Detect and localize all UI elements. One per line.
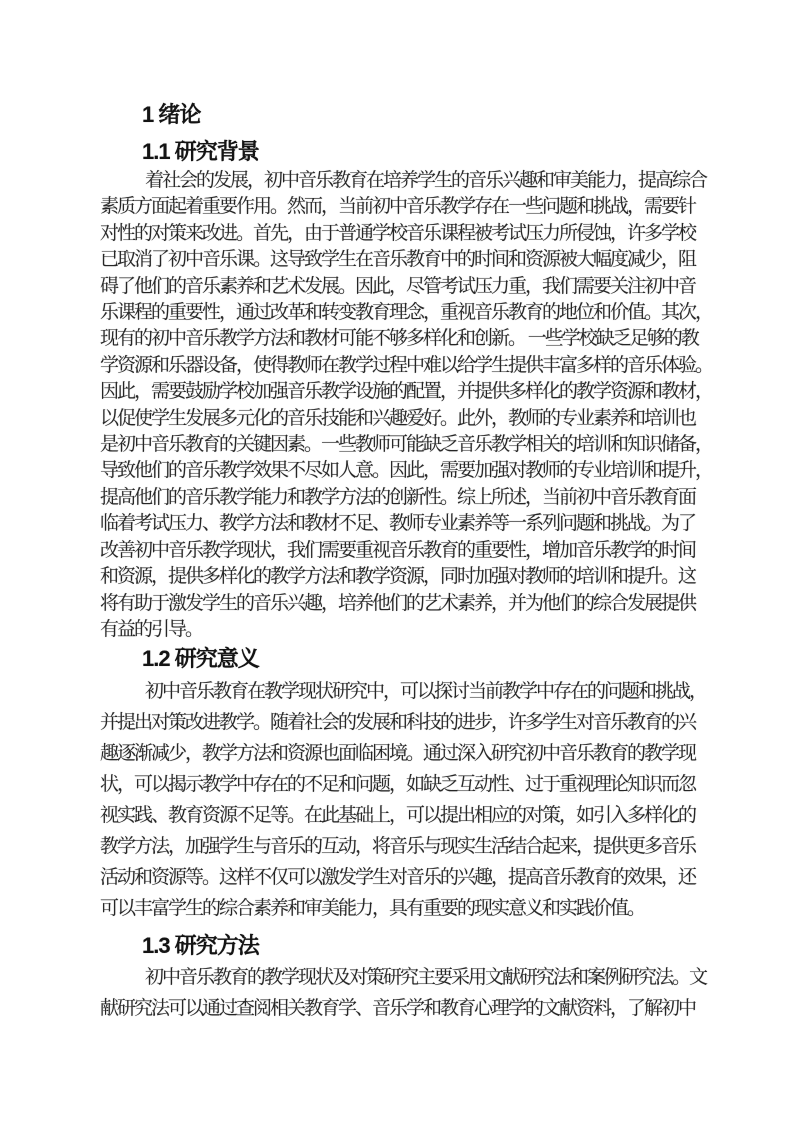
paragraph-research-background: 着社会的发展，初中音乐教育在培养学生的音乐兴趣和审美能力，提高综合 素质方面起着… <box>100 168 692 643</box>
section-heading-research-background: 1.1 研究背景 <box>142 135 259 166</box>
section-heading-research-methods: 1.3 研究方法 <box>142 929 259 960</box>
section-heading-research-significance: 1.2 研究意义 <box>142 642 259 673</box>
document-page: 1 绪论 1.1 研究背景 着社会的发展，初中音乐教育在培养学生的音乐兴趣和审美… <box>0 0 800 1132</box>
paragraph-research-methods: 初中音乐教育的教学现状及对策研究主要采用文献研究法和案例研究法。文 献研究法可以… <box>100 962 692 1024</box>
paragraph-research-significance: 初中音乐教育在教学现状研究中，可以探讨当前教学中存在的问题和挑战， 并提出对策改… <box>100 676 692 924</box>
chapter-heading: 1 绪论 <box>142 98 200 129</box>
